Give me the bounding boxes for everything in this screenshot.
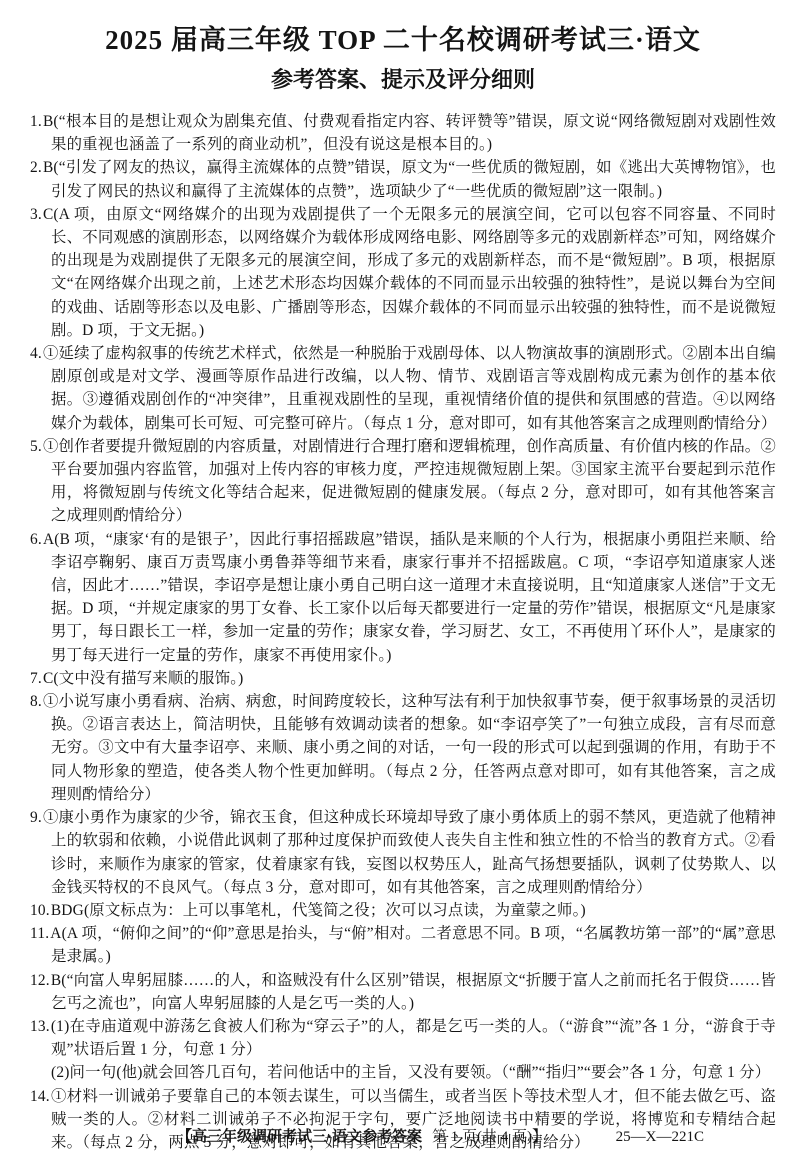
- answer-item-7: 7.C(文中没有描写来顺的服饰。): [30, 667, 776, 690]
- answer-key-page: 2025 届高三年级 TOP 二十名校调研考试三·语文 参考答案、提示及评分细则…: [0, 0, 800, 1163]
- answer-item-11: 11.A(A 项，“俯仰之间”的“仰”意思是抬头，与“俯”相对。二者意思不同。B…: [30, 922, 776, 968]
- item-number: 3.: [30, 206, 42, 223]
- item-number: 11.: [30, 925, 49, 942]
- item-number: 5.: [30, 438, 42, 455]
- answer-item-5: 5.①创作者要提升微短剧的内容质量，对剧情进行合理打磨和逻辑梳理，创作高质量、有…: [30, 435, 776, 528]
- page-title: 2025 届高三年级 TOP 二十名校调研考试三·语文: [30, 22, 776, 58]
- footer-paper-code: 25—X—221C: [616, 1125, 704, 1149]
- answer-item-6: 6.A(B 项，“康家‘有的是银子’，因此行事招摇跋扈”错误，插队是来顺的个人行…: [30, 528, 776, 667]
- page-subtitle: 参考答案、提示及评分细则: [30, 66, 776, 94]
- answer-item-4: 4.①延续了虚构叙事的传统艺术样式，依然是一种脱胎于戏剧母体、以人物演故事的演剧…: [30, 342, 776, 435]
- item-number: 6.: [30, 531, 42, 548]
- item-number: 1.: [30, 113, 42, 130]
- answer-item-1: 1.B(“根本目的是想让观众为剧集充值、付费观看指定内容、转评赞等”错误，原文说…: [30, 110, 776, 156]
- answer-item-10: 10.BDG(原文标点为：上可以事笔札，代笺简之役；次可以习点读，为童蒙之师。): [30, 899, 776, 922]
- answer-item-3: 3.C(A 项，由原文“网络媒介的出现为戏剧提供了一个无限多元的展演空间，它可以…: [30, 203, 776, 342]
- answer-item-12: 12.B(“向富人卑躬屈膝……的人，和盗贼没有什么区别”错误，根据原文“折腰于富…: [30, 969, 776, 1015]
- footer-page-number: 第 1 页(共 4 页)】: [432, 1129, 547, 1145]
- item-number: 8.: [30, 693, 42, 710]
- answers-list: 1.B(“根本目的是想让观众为剧集充值、付费观看指定内容、转评赞等”错误，原文说…: [30, 110, 776, 1154]
- page-footer: 【高三年级调研考试三·语文参考答案第 1 页(共 4 页)】 25—X—221C: [0, 1125, 800, 1149]
- item-number: 7.: [30, 670, 42, 687]
- item-number: 10.: [30, 902, 50, 919]
- item-number: 9.: [30, 809, 42, 826]
- item-number: 2.: [30, 159, 42, 176]
- answer-item-13: 13.(1)在寺庙道观中游荡乞食被人们称为“穿云子”的人，都是乞丐一类的人。（“…: [30, 1015, 776, 1061]
- item-number: 4.: [30, 345, 42, 362]
- item-number: 13.: [30, 1018, 50, 1035]
- answer-subitem: (2)问一句(他)就会回答几百句，若问他话中的主旨，又没有要领。（“酬”“指归”…: [30, 1061, 776, 1084]
- item-number: 12.: [30, 972, 50, 989]
- answer-item-9: 9.①康小勇作为康家的少爷，锦衣玉食，但这种成长环境却导致了康小勇体质上的弱不禁…: [30, 806, 776, 899]
- footer-exam-title: 【高三年级调研考试三·语文参考答案: [177, 1129, 422, 1145]
- item-number: 14.: [30, 1088, 50, 1105]
- answer-item-2: 2.B(“引发了网友的热议，赢得主流媒体的点赞”错误，原文为“一些优质的微短剧，…: [30, 156, 776, 202]
- answer-item-8: 8.①小说写康小勇看病、治病、病愈，时间跨度较长，这种写法有利于加快叙事节奏，便…: [30, 690, 776, 806]
